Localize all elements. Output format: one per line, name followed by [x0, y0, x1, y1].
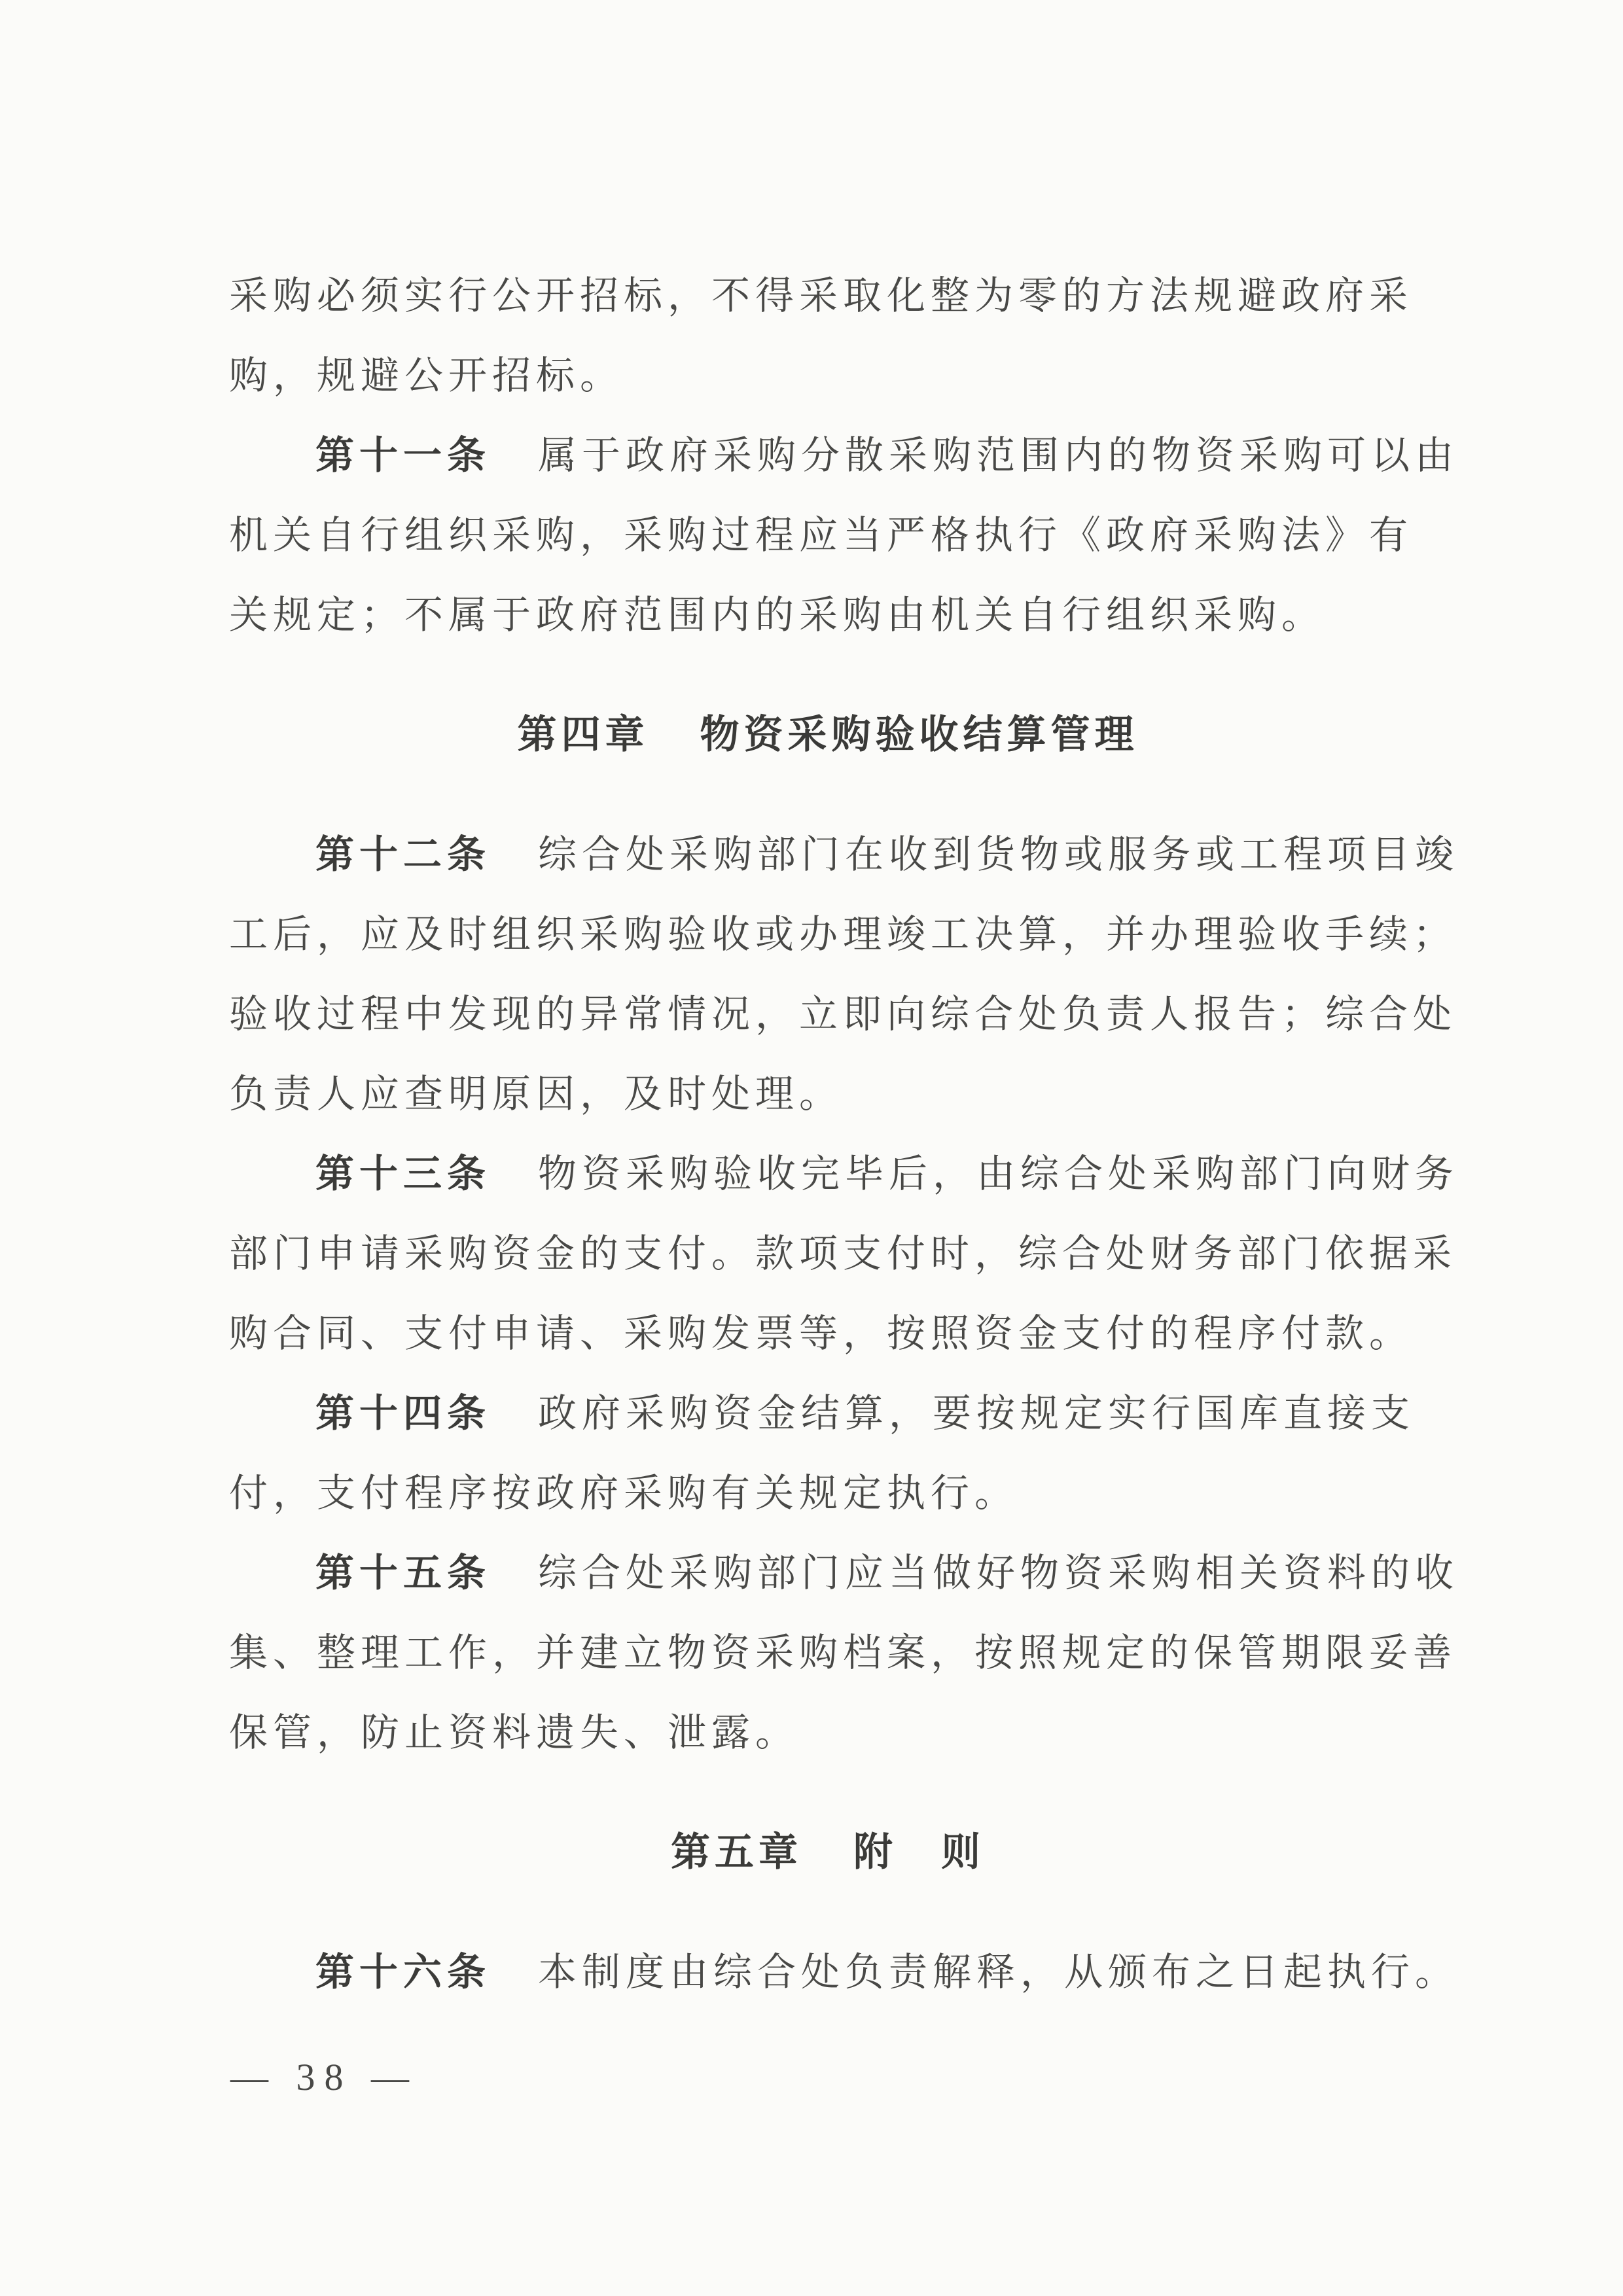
article-14-first-line: 第十四条政府采购资金结算，要按规定实行国库直接支 [229, 1373, 1427, 1453]
body-line: 集、整理工作，并建立物资采购档案，按照规定的保管期限妥善 [229, 1613, 1427, 1693]
body-line: 关规定；不属于政府范围内的采购由机关自行组织采购。 [229, 575, 1427, 655]
body-line: 付，支付程序按政府采购有关规定执行。 [229, 1453, 1427, 1533]
article-11-first-line: 第十一条属于政府采购分散采购范围内的物资采购可以由 [229, 415, 1427, 495]
article-15-text: 综合处采购部门应当做好物资采购相关资料的收 [538, 1551, 1459, 1595]
article-13-text: 物资采购验收完毕后，由综合处采购部门向财务 [538, 1152, 1459, 1195]
body-line: 工后，应及时组织采购验收或办理竣工决算，并办理验收手续； [229, 894, 1427, 974]
body-line: 购合同、支付申请、采购发票等，按照资金支付的程序付款。 [229, 1294, 1427, 1373]
article-13-number: 第十三条 [315, 1152, 491, 1195]
article-16-text: 本制度由综合处负责解释，从颁布之日起执行。 [538, 1951, 1459, 1994]
article-15-number: 第十五条 [315, 1551, 491, 1595]
body-line: 验收过程中发现的异常情况，立即向综合处负责人报告；综合处 [229, 974, 1427, 1054]
chapter-4-title: 物资采购验收结算管理 [700, 713, 1139, 756]
body-line: 采购必须实行公开招标，不得采取化整为零的方法规避政府采 [229, 256, 1427, 336]
chapter-5-heading: 第五章附 则 [229, 1812, 1427, 1892]
article-16-first-line: 第十六条本制度由综合处负责解释，从颁布之日起执行。 [229, 1932, 1427, 2012]
body-line: 保管，防止资料遗失、泄露。 [229, 1693, 1427, 1773]
article-12-number: 第十二条 [315, 833, 491, 876]
article-14-text: 政府采购资金结算，要按规定实行国库直接支 [538, 1392, 1415, 1435]
chapter-5-title: 附 则 [853, 1830, 985, 1874]
article-14-number: 第十四条 [315, 1392, 491, 1435]
article-12-first-line: 第十二条综合处采购部门在收到货物或服务或工程项目竣 [229, 815, 1427, 894]
article-11-text: 属于政府采购分散采购范围内的物资采购可以由 [538, 434, 1459, 477]
body-line: 部门申请采购资金的支付。款项支付时，综合处财务部门依据采 [229, 1214, 1427, 1294]
chapter-5-number: 第五章 [671, 1830, 802, 1874]
body-line: 机关自行组织采购，采购过程应当严格执行《政府采购法》有 [229, 495, 1427, 575]
chapter-4-heading: 第四章物资采购验收结算管理 [229, 695, 1427, 775]
article-15-first-line: 第十五条综合处采购部门应当做好物资采购相关资料的收 [229, 1533, 1427, 1613]
page-number: — 38 — [230, 2045, 418, 2110]
document-page: 采购必须实行公开招标，不得采取化整为零的方法规避政府采 购，规避公开招标。 第十… [0, 0, 1623, 2296]
chapter-4-number: 第四章 [518, 713, 649, 756]
article-16-number: 第十六条 [315, 1951, 491, 1994]
article-11-number: 第十一条 [315, 434, 491, 477]
article-12-text: 综合处采购部门在收到货物或服务或工程项目竣 [538, 833, 1459, 876]
body-line: 负责人应查明原因，及时处理。 [229, 1054, 1427, 1134]
body-line: 购，规避公开招标。 [229, 336, 1427, 415]
document-content: 采购必须实行公开招标，不得采取化整为零的方法规避政府采 购，规避公开招标。 第十… [229, 256, 1427, 2012]
article-13-first-line: 第十三条物资采购验收完毕后，由综合处采购部门向财务 [229, 1134, 1427, 1214]
